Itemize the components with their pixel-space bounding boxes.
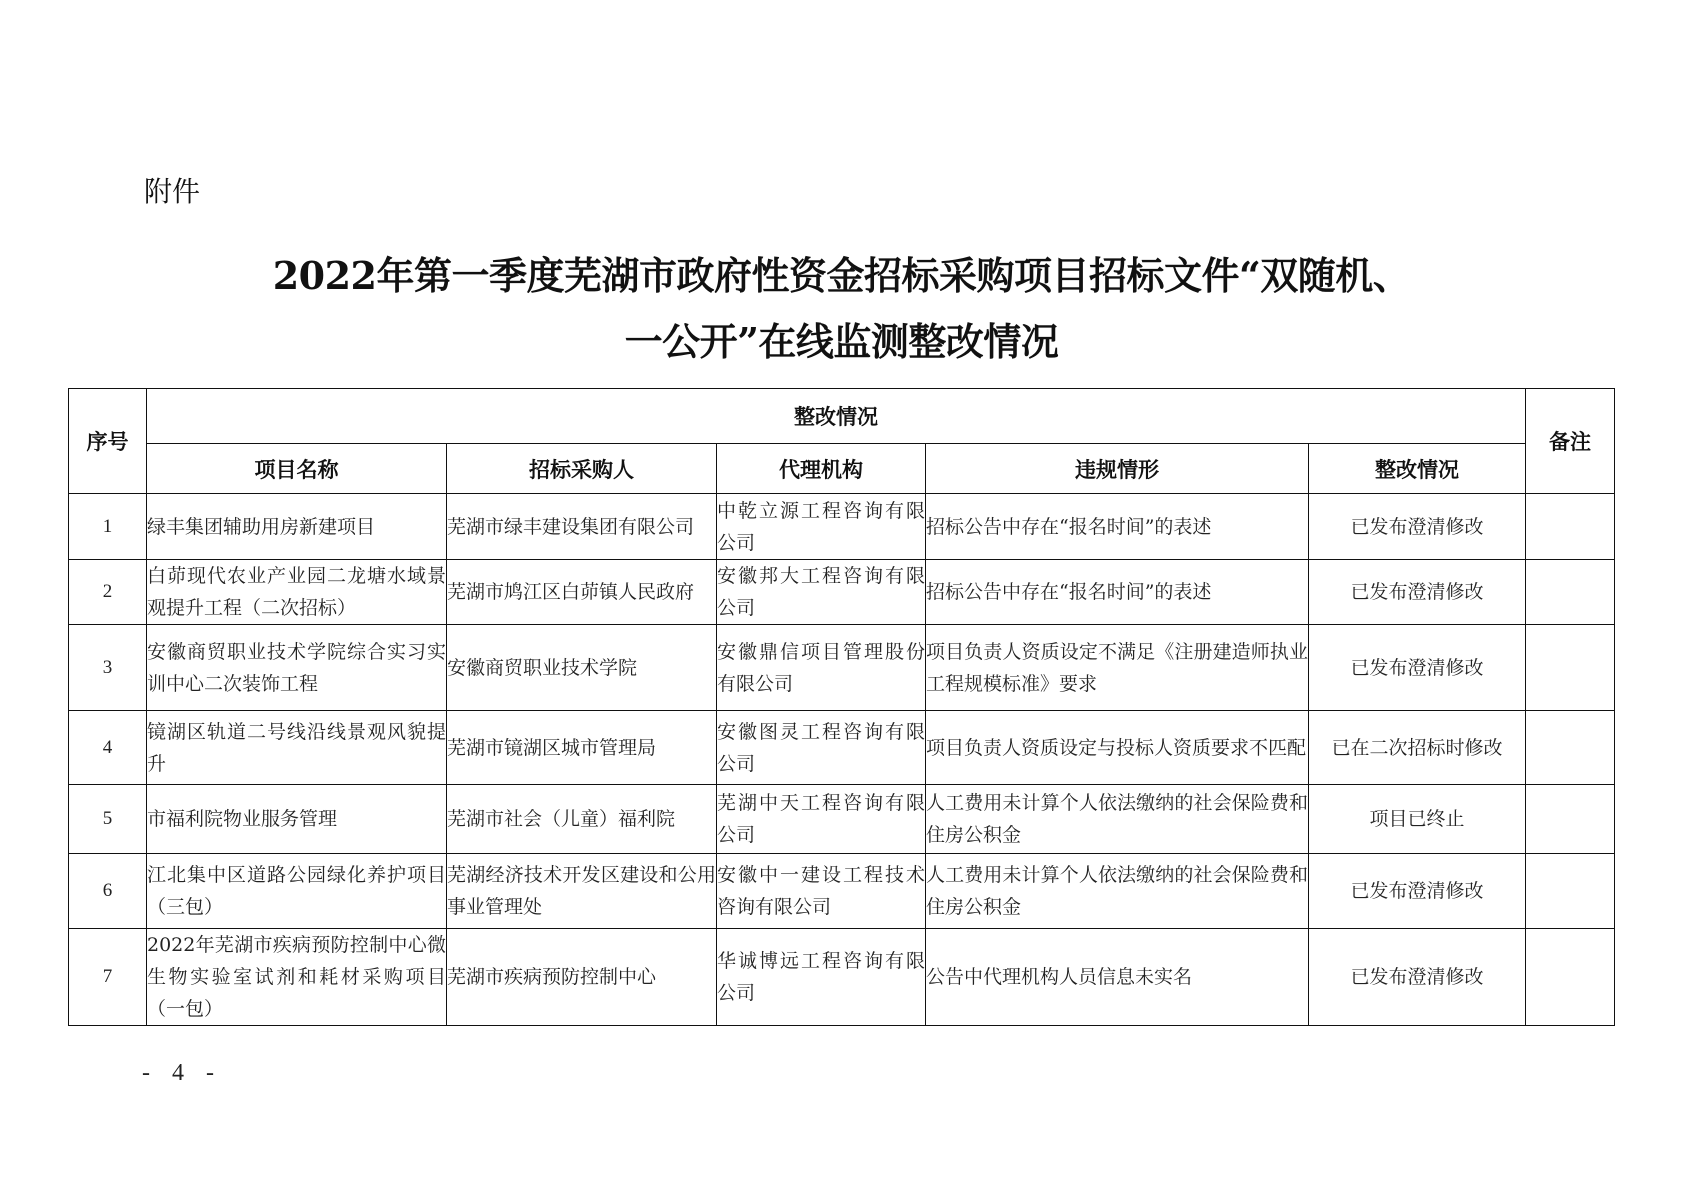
cell-agency: 安徽图灵工程咨询有限公司 xyxy=(717,711,926,785)
header-project: 项目名称 xyxy=(147,444,447,494)
cell-remark xyxy=(1526,625,1615,711)
cell-rectification: 已发布澄清修改 xyxy=(1309,625,1526,711)
header-remark: 备注 xyxy=(1526,389,1615,494)
cell-project: 绿丰集团辅助用房新建项目 xyxy=(147,494,447,560)
cell-remark xyxy=(1526,560,1615,625)
header-rectification: 整改情况 xyxy=(1309,444,1526,494)
header-seq: 序号 xyxy=(69,389,147,494)
cell-rectification: 已发布澄清修改 xyxy=(1309,929,1526,1026)
header-row-1: 序号 整改情况 备注 xyxy=(69,389,1615,444)
cell-rectification: 已发布澄清修改 xyxy=(1309,854,1526,929)
cell-agency: 安徽邦大工程咨询有限公司 xyxy=(717,560,926,625)
cell-violation: 人工费用未计算个人依法缴纳的社会保险费和住房公积金 xyxy=(926,785,1309,854)
table-row: 2 白茆现代农业产业园二龙塘水域景观提升工程（二次招标） 芜湖市鸠江区白茆镇人民… xyxy=(69,560,1615,625)
cell-remark xyxy=(1526,711,1615,785)
cell-project: 白茆现代农业产业园二龙塘水域景观提升工程（二次招标） xyxy=(147,560,447,625)
cell-violation: 项目负责人资质设定与投标人资质要求不匹配 xyxy=(926,711,1309,785)
cell-remark xyxy=(1526,785,1615,854)
cell-agency: 中乾立源工程咨询有限公司 xyxy=(717,494,926,560)
header-agency: 代理机构 xyxy=(717,444,926,494)
cell-seq: 3 xyxy=(69,625,147,711)
header-group: 整改情况 xyxy=(147,389,1526,444)
cell-purchaser: 芜湖市社会（儿童）福利院 xyxy=(447,785,717,854)
header-violation: 违规情形 xyxy=(926,444,1309,494)
cell-seq: 5 xyxy=(69,785,147,854)
table-row: 5 市福利院物业服务管理 芜湖市社会（儿童）福利院 芜湖中天工程咨询有限公司 人… xyxy=(69,785,1615,854)
cell-rectification: 项目已终止 xyxy=(1309,785,1526,854)
cell-seq: 7 xyxy=(69,929,147,1026)
cell-project: 市福利院物业服务管理 xyxy=(147,785,447,854)
page-number: - 4 - xyxy=(142,1060,222,1087)
cell-rectification: 已在二次招标时修改 xyxy=(1309,711,1526,785)
header-purchaser: 招标采购人 xyxy=(447,444,717,494)
cell-purchaser: 芜湖市绿丰建设集团有限公司 xyxy=(447,494,717,560)
document-title-line-2: 一公开”在线监测整改情况 xyxy=(0,320,1683,364)
attachment-label: 附件 xyxy=(144,176,200,208)
cell-rectification: 已发布澄清修改 xyxy=(1309,560,1526,625)
cell-violation: 招标公告中存在“报名时间”的表述 xyxy=(926,494,1309,560)
cell-purchaser: 安徽商贸职业技术学院 xyxy=(447,625,717,711)
cell-purchaser: 芜湖市疾病预防控制中心 xyxy=(447,929,717,1026)
cell-purchaser: 芜湖市镜湖区城市管理局 xyxy=(447,711,717,785)
cell-violation: 人工费用未计算个人依法缴纳的社会保险费和住房公积金 xyxy=(926,854,1309,929)
cell-seq: 1 xyxy=(69,494,147,560)
cell-violation: 招标公告中存在“报名时间”的表述 xyxy=(926,560,1309,625)
table-row: 4 镜湖区轨道二号线沿线景观风貌提升 芜湖市镜湖区城市管理局 安徽图灵工程咨询有… xyxy=(69,711,1615,785)
table-row: 6 江北集中区道路公园绿化养护项目（三包） 芜湖经济技术开发区建设和公用事业管理… xyxy=(69,854,1615,929)
cell-project: 2022年芜湖市疾病预防控制中心微生物实验室试剂和耗材采购项目（一包） xyxy=(147,929,447,1026)
header-row-2: 项目名称 招标采购人 代理机构 违规情形 整改情况 xyxy=(69,444,1615,494)
cell-project: 安徽商贸职业技术学院综合实习实训中心二次装饰工程 xyxy=(147,625,447,711)
table-row: 3 安徽商贸职业技术学院综合实习实训中心二次装饰工程 安徽商贸职业技术学院 安徽… xyxy=(69,625,1615,711)
cell-agency: 安徽鼎信项目管理股份有限公司 xyxy=(717,625,926,711)
cell-project: 镜湖区轨道二号线沿线景观风貌提升 xyxy=(147,711,447,785)
cell-remark xyxy=(1526,494,1615,560)
table-row: 7 2022年芜湖市疾病预防控制中心微生物实验室试剂和耗材采购项目（一包） 芜湖… xyxy=(69,929,1615,1026)
cell-remark xyxy=(1526,854,1615,929)
cell-violation: 项目负责人资质设定不满足《注册建造师执业工程规模标准》要求 xyxy=(926,625,1309,711)
cell-rectification: 已发布澄清修改 xyxy=(1309,494,1526,560)
cell-purchaser: 芜湖经济技术开发区建设和公用事业管理处 xyxy=(447,854,717,929)
cell-agency: 华诚博远工程咨询有限公司 xyxy=(717,929,926,1026)
cell-agency: 芜湖中天工程咨询有限公司 xyxy=(717,785,926,854)
cell-project: 江北集中区道路公园绿化养护项目（三包） xyxy=(147,854,447,929)
document-title-line-1: 2022年第一季度芜湖市政府性资金招标采购项目招标文件“双随机、 xyxy=(0,254,1683,298)
rectification-table: 序号 整改情况 备注 项目名称 招标采购人 代理机构 违规情形 整改情况 1 绿… xyxy=(68,388,1615,1026)
cell-agency: 安徽中一建设工程技术咨询有限公司 xyxy=(717,854,926,929)
table-row: 1 绿丰集团辅助用房新建项目 芜湖市绿丰建设集团有限公司 中乾立源工程咨询有限公… xyxy=(69,494,1615,560)
cell-seq: 2 xyxy=(69,560,147,625)
cell-violation: 公告中代理机构人员信息未实名 xyxy=(926,929,1309,1026)
cell-purchaser: 芜湖市鸠江区白茆镇人民政府 xyxy=(447,560,717,625)
cell-seq: 4 xyxy=(69,711,147,785)
cell-remark xyxy=(1526,929,1615,1026)
cell-seq: 6 xyxy=(69,854,147,929)
